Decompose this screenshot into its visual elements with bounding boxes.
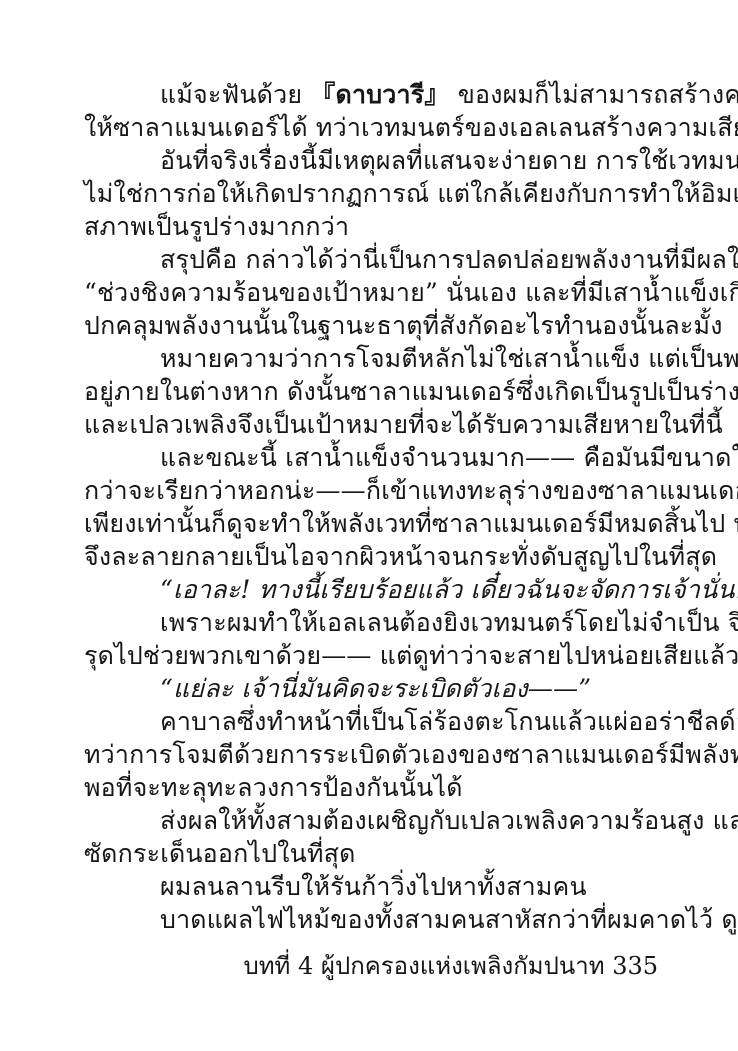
chapter-number: บทที่ 4 [243,952,313,980]
text-line: ซัดกระเด็นออกไปในที่สุด [84,837,660,870]
text-line: ทว่าการโจมตีด้วยการระเบิดตัวเองของซาลาแม… [84,738,660,771]
text-segment: ของผมก็ไม่สามารถสร้างความเสียหาย [450,80,738,109]
text-line: อันที่จริงเรื่องนี้มีเหตุผลที่แสนจะง่ายด… [84,144,660,177]
book-page: แม้จะฟันด้วย 『ดาบวารี』 ของผมก็ไม่สามารถส… [0,0,738,1051]
text-line: กว่าจะเรียกว่าหอกน่ะ——ก็เข้าแทงทะลุร่างข… [84,474,660,507]
text-line: ไม่ใช่การก่อให้เกิดปรากฏการณ์ แต่ใกล้เคี… [84,177,660,210]
text-line: บาดแผลไฟไหม้ของทั้งสามคนสาหัสกว่าที่ผมคา… [84,903,660,936]
text-segment: แม้จะฟันด้วย [160,80,310,109]
text-line: “ช่วงชิงความร้อนของเป้าหมาย” นั่นเอง และ… [84,276,660,309]
text-line: แม้จะฟันด้วย 『ดาบวารี』 ของผมก็ไม่สามารถส… [84,78,660,111]
text-line: เพราะผมทำให้เอลเลนต้องยิงเวทมนตร์โดยไม่จ… [84,606,660,639]
page-number: 335 [612,952,658,980]
text-line: เพียงเท่านั้นก็ดูจะทำให้พลังเวทที่ซาลาแม… [84,507,660,540]
text-line: หมายความว่าการโจมตีหลักไม่ใช่เสาน้ำแข็ง … [84,342,660,375]
text-line: และเปลวเพลิงจึงเป็นเป้าหมายที่จะได้รับคว… [84,408,660,441]
text-line: คาบาลซึ่งทำหน้าที่เป็นโล่ร้องตะโกนแล้วแผ… [84,705,660,738]
skill-name-bold: 『ดาบวารี』 [310,80,449,109]
text-line: อยู่ภายในต่างหาก ดังนั้นซาลาแมนเดอร์ซึ่ง… [84,375,660,408]
chapter-title: ผู้ปกครองแห่งเพลิงกัมปนาท [321,952,605,980]
text-line: ให้ซาลาแมนเดอร์ได้ ทว่าเวทมนตร์ของเอลเลน… [84,111,660,144]
text-line: จึงละลายกลายเป็นไอจากผิวหน้าจนกระทั่งดับ… [84,540,660,573]
dialog-line: “แย่ละ เจ้านี่มันคิดจะระเบิดตัวเอง——” [84,672,660,705]
text-line: ปกคลุมพลังงานนั้นในฐานะธาตุที่สังกัดอะไร… [84,309,660,342]
page-footer: บทที่ 4 ผู้ปกครองแห่งเพลิงกัมปนาท 335 [84,950,658,982]
text-line: สรุปคือ กล่าวได้ว่านี่เป็นการปลดปล่อยพลั… [84,243,660,276]
text-line: ส่งผลให้ทั้งสามต้องเผชิญกับเปลวเพลิงความ… [84,804,660,837]
text-line: พอที่จะทะลุทะลวงการป้องกันนั้นได้ [84,771,660,804]
text-line: สภาพเป็นรูปร่างมากกว่า [84,210,660,243]
text-line: และขณะนี้ เสาน้ำแข็งจำนวนมาก—— คือมันมีข… [84,441,660,474]
text-line: รุดไปช่วยพวกเขาด้วย—— แต่ดูท่าว่าจะสายไป… [84,639,660,672]
text-line: ผมลนลานรีบให้รันก้าวิ่งไปหาทั้งสามคน [84,870,660,903]
page-body: แม้จะฟันด้วย 『ดาบวารี』 ของผมก็ไม่สามารถส… [84,78,660,936]
dialog-line: “เอาละ! ทางนี้เรียบร้อยแล้ว เดี๋ยวฉันจะจ… [84,573,660,606]
